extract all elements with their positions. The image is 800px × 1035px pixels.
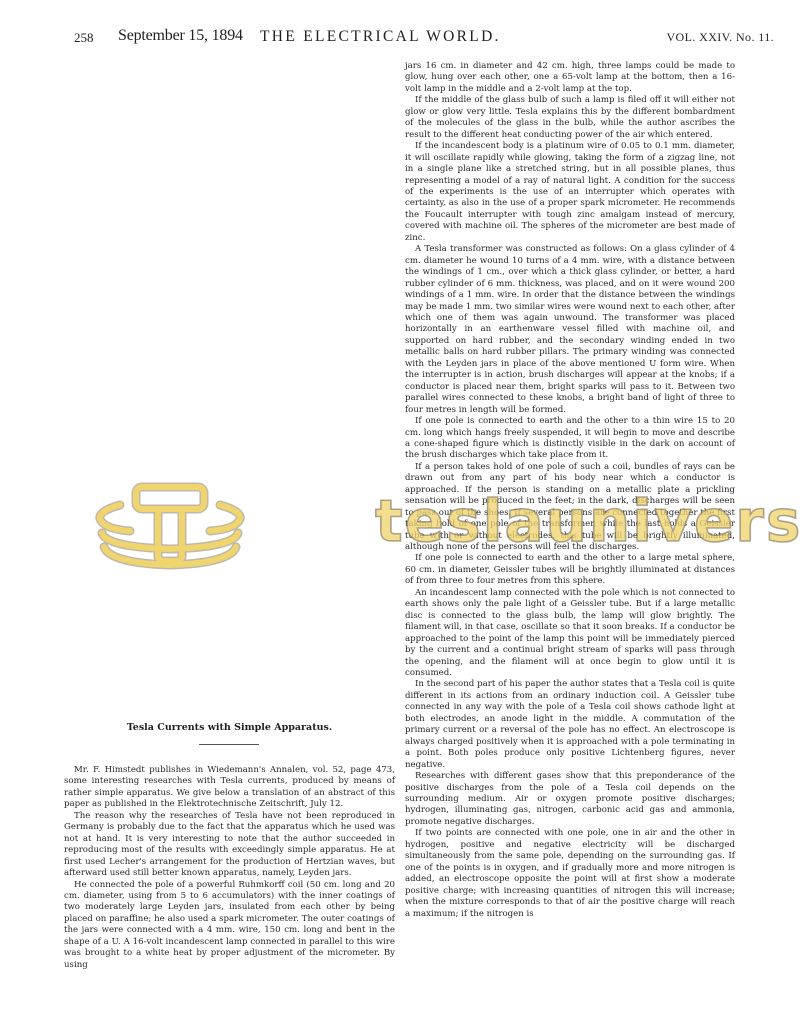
paragraph: If a person takes hold of one pole of su… bbox=[405, 462, 735, 554]
paragraph: If one pole is connected to earth and th… bbox=[405, 416, 735, 462]
article-title: Tesla Currents with Simple Apparatus. bbox=[64, 722, 395, 733]
paragraph: An incandescent lamp connected with the … bbox=[405, 588, 735, 680]
paragraph: Researches with different gases show tha… bbox=[405, 771, 735, 828]
left-column: Mr. F. Himstedt publishes in Wiedemann's… bbox=[64, 765, 395, 971]
paragraph: Mr. F. Himstedt publishes in Wiedemann's… bbox=[64, 765, 395, 811]
page-header: 258 September 15, 1894 THE ELECTRICAL WO… bbox=[74, 27, 774, 49]
paragraph: If two points are connected with one pol… bbox=[405, 828, 735, 920]
paragraph: The reason why the researches of Tesla h… bbox=[64, 811, 395, 880]
paragraph: If the middle of the glass bulb of such … bbox=[405, 95, 735, 141]
title-divider bbox=[199, 744, 259, 745]
volume-number: VOL. XXIV. No. 11. bbox=[74, 30, 774, 45]
paragraph: If one pole is connected to earth and th… bbox=[405, 553, 735, 587]
right-column: jars 16 cm. in diameter and 42 cm. high,… bbox=[405, 61, 735, 920]
paragraph: He connected the pole of a powerful Ruhm… bbox=[64, 880, 395, 972]
tesla-coil-logo-icon bbox=[90, 475, 250, 575]
paragraph: A Tesla transformer was constructed as f… bbox=[405, 244, 735, 416]
paragraph-continuation: jars 16 cm. in diameter and 42 cm. high,… bbox=[405, 61, 735, 95]
paragraph: If the incandescent body is a platinum w… bbox=[405, 141, 735, 244]
paragraph: In the second part of his paper the auth… bbox=[405, 679, 735, 771]
